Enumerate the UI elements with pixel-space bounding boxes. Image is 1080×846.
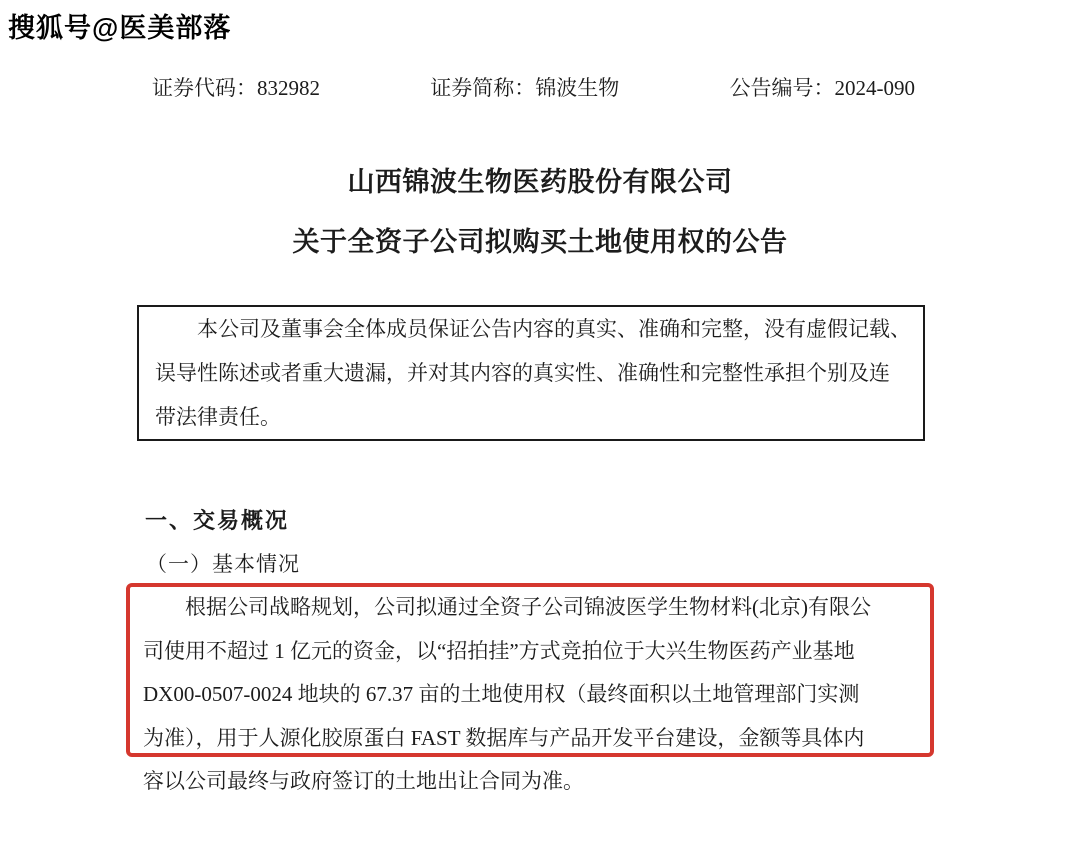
disclaimer-box: 本公司及董事会全体成员保证公告内容的真实、准确和完整，没有虚假记载、 误导性陈述…: [137, 305, 925, 441]
announcement-subject-title: 关于全资子公司拟购买土地使用权的公告: [0, 220, 1080, 259]
subsection-heading-basic-info: （一）基本情况: [146, 548, 300, 578]
transaction-detail-paragraph: 根据公司战略规划，公司拟通过全资子公司锦波医学生物材料(北京)有限公 司使用不超…: [143, 586, 933, 804]
paragraph-line: 根据公司战略规划，公司拟通过全资子公司锦波医学生物材料(北京)有限公: [143, 586, 933, 630]
paragraph-line: 容以公司最终与政府签订的土地出让合同为准。: [143, 760, 933, 804]
company-name-title: 山西锦波生物医药股份有限公司: [0, 160, 1080, 199]
disclaimer-line: 带法律责任。: [155, 395, 907, 439]
announcement-number: 公告编号：2024-090: [730, 72, 916, 102]
section-heading-transaction-overview: 一、交易概况: [145, 504, 289, 535]
paragraph-line: DX00-0507-0024 地块的 67.37 亩的土地使用权（最终面积以土地…: [143, 673, 933, 717]
disclaimer-line: 本公司及董事会全体成员保证公告内容的真实、准确和完整，没有虚假记载、: [155, 307, 907, 351]
watermark-text: 搜狐号@医美部落: [8, 6, 231, 45]
paragraph-line: 司使用不超过 1 亿元的资金，以“招拍挂”方式竞拍位于大兴生物医药产业基地: [143, 630, 933, 674]
paragraph-line: 为准），用于人源化胶原蛋白 FAST 数据库与产品开发平台建设，金额等具体内: [143, 717, 933, 761]
stock-code: 证券代码：832982: [152, 72, 320, 102]
disclaimer-line: 误导性陈述或者重大遗漏，并对其内容的真实性、准确性和完整性承担个别及连: [155, 351, 907, 395]
announcement-document: 搜狐号@医美部落 证券代码：832982 证券简称：锦波生物 公告编号：2024…: [0, 0, 1080, 846]
stock-short-name: 证券简称：锦波生物: [430, 72, 619, 102]
securities-header: 证券代码：832982 证券简称：锦波生物 公告编号：2024-090: [152, 72, 915, 102]
